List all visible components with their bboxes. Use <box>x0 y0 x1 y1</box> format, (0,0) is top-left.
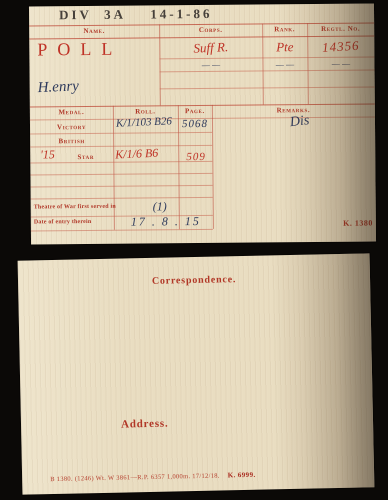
rule <box>30 173 212 176</box>
star-page-handwriting: 509 <box>186 151 206 163</box>
rank-value-handwriting: Pte <box>262 39 307 55</box>
print-footer-text: B 1380. (1246) Wt. W 3861—R.P. 6357 1,00… <box>50 473 220 484</box>
corps-ditto-mark: — — <box>159 59 262 70</box>
remarks-column-header: Remarks. <box>212 105 375 114</box>
front-form-reference: K. 1380 <box>343 219 373 228</box>
date-of-entry-label: Date of entry therein <box>34 219 114 226</box>
victory-medal-label: Victory <box>30 123 113 132</box>
rule <box>31 185 213 188</box>
theatre-of-war-value-handwriting: (1) <box>153 199 167 214</box>
medal-card-back: Correspondence. Address. B 1380. (1246) … <box>18 253 375 494</box>
rule <box>113 106 115 230</box>
remarks-handwriting: Dis <box>289 113 310 131</box>
rule <box>212 105 214 229</box>
surname-handwriting: POLL <box>37 39 122 61</box>
correspondence-label: Correspondence. <box>18 271 370 289</box>
rule <box>31 229 213 232</box>
victory-roll-handwriting: K/1/103 B26 <box>116 115 172 129</box>
theatre-of-war-label: Theatre of War first served in <box>34 204 114 211</box>
date-of-entry-value-handwriting: 17 . 8 . 15 <box>131 214 201 230</box>
regtl-no-column-header: Regtl. No. <box>307 24 374 33</box>
header-note-handwriting: DIV 3A 14-1-86 <box>59 6 213 23</box>
scanned-medal-index-card-photo: DIV 3A 14-1-86 Name. Corps. Rank. Regtl.… <box>0 0 388 500</box>
corps-column-header: Corps. <box>159 25 262 34</box>
forename-handwriting: H.enry <box>37 78 79 97</box>
rule <box>30 132 212 135</box>
star-year-handwriting: '15 <box>40 147 55 162</box>
medal-column-header: Medal. <box>30 108 113 117</box>
regtl-ditto-mark: — — <box>307 58 374 69</box>
name-column-header: Name. <box>29 26 159 35</box>
regtl-no-value-handwriting: 14356 <box>307 37 375 57</box>
rank-ditto-mark: — — <box>262 59 307 69</box>
page-column-header: Page. <box>178 107 212 115</box>
rule <box>31 197 213 200</box>
address-label: Address. <box>121 418 169 431</box>
rank-column-header: Rank. <box>262 25 307 33</box>
corps-value-handwriting: Suff R. <box>159 38 263 58</box>
star-roll-handwriting: K/1/6 B6 <box>115 146 159 163</box>
print-footer-reference: K. 6999. <box>228 471 256 480</box>
rule <box>160 86 375 89</box>
victory-page-handwriting: 5068 <box>182 118 208 130</box>
british-medal-label: British <box>30 137 113 146</box>
rule <box>178 105 180 229</box>
print-footer: B 1380. (1246) Wt. W 3861—R.P. 6357 1,00… <box>50 464 256 486</box>
medal-card-front: DIV 3A 14-1-86 Name. Corps. Rank. Regtl.… <box>29 3 376 244</box>
